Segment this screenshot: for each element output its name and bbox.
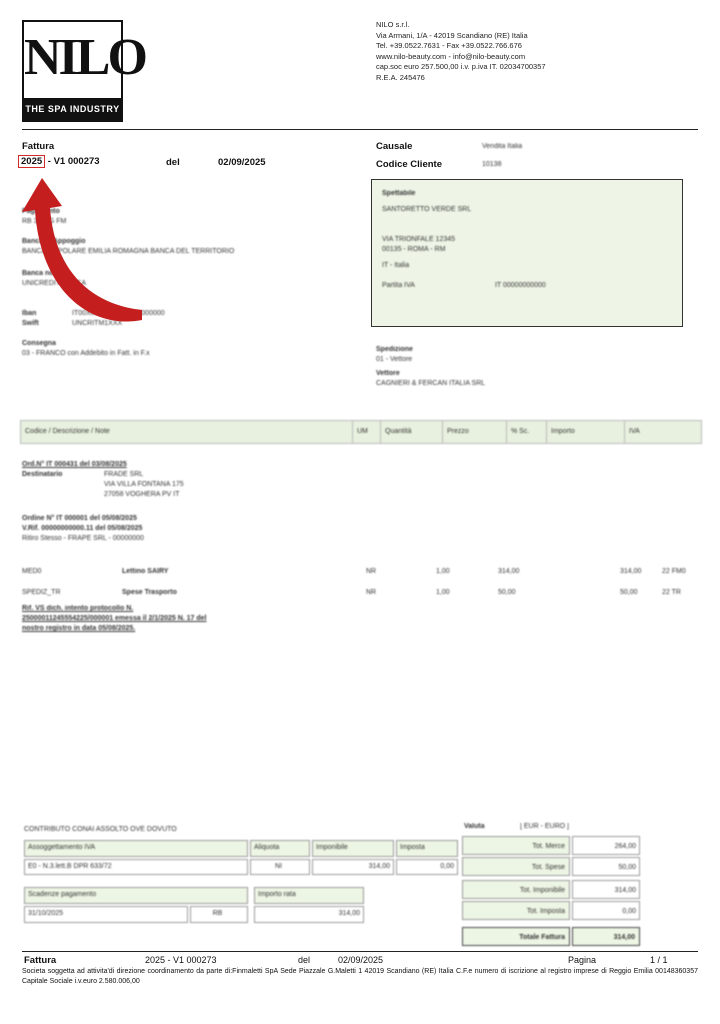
order2-line: Ritiro Stesso - FRAPE SRL - 00000000 (22, 534, 382, 544)
destinatario-address: FRADE SRL VIA VILLA FONTANA 175 27058 VO… (104, 470, 184, 500)
tot-imponibile-value: 314,00 (572, 880, 640, 899)
col-description: Codice / Descrizione / Note (21, 421, 353, 443)
vettore-label: Vettore (376, 369, 485, 379)
vat-header-imposta: Imposta (396, 840, 458, 857)
note-line: nostro registro in data 05/08/2025. (22, 624, 207, 634)
scadenze-header: Scadenze pagamento (24, 887, 248, 904)
causale-label: Causale (376, 141, 412, 152)
footer-divider (22, 951, 698, 952)
recipient-label: Spettabile (382, 189, 546, 199)
company-address: Via Armani, 1/A - 42019 Scandiano (RE) I… (376, 31, 546, 42)
invoice-number: 2025 - V1 000273 (18, 156, 100, 167)
vat-row-assoggettamento: E0 - N.3.lett.B DPR 633/72 (24, 859, 248, 875)
item-vat: 22 FM0 (662, 568, 686, 575)
codice-cliente-label: Codice Cliente (376, 159, 442, 170)
vat-row-imponibile: 314,00 (312, 859, 394, 875)
item-price: 50,00 (498, 589, 516, 596)
item-um: NR (366, 568, 376, 575)
item-um: NR (366, 589, 376, 596)
tot-merce-value: 264,00 (572, 836, 640, 855)
recipient-box: Spettabile SANTORETTO VERDE SRL VIA TRIO… (371, 179, 683, 327)
scadenza-type: RB (190, 906, 248, 923)
tot-imposta-value: 0,00 (572, 901, 640, 920)
order2-line: Ordine N° IT 000001 del 05/08/2025 (22, 514, 382, 524)
spedizione-label: Spedizione (376, 345, 485, 355)
scadenza-date: 31/10/2025 (24, 906, 188, 923)
consegna-label: Consegna (22, 339, 342, 349)
vat-header-imponibile: Imponibile (312, 840, 394, 857)
vat-header-aliquota: Aliquota (250, 840, 310, 857)
invoice-series-number: - V1 000273 (45, 156, 99, 167)
valuta-value: [ EUR - EURO ] (520, 823, 569, 830)
causale-value: Vendita Italia (482, 142, 522, 152)
item-price: 314,00 (498, 568, 519, 575)
totale-fattura-value: 314,00 (572, 927, 640, 946)
footer-number: 2025 - V1 000273 (145, 955, 217, 965)
invoice-type-label: Fattura (22, 141, 54, 152)
vettore-value: CAGNIERI & FERCAN ITALIA SRL (376, 379, 485, 389)
shipping-block: Spedizione 01 - Vettore Vettore CAGNIERI… (376, 345, 485, 389)
item-desc: Lettino SAIRY (122, 568, 168, 575)
col-amount: Importo (547, 421, 625, 443)
destinatario-line: VIA VILLA FONTANA 175 (104, 480, 184, 490)
contributo-label: CONTRIBUTO CONAI ASSOLTO OVE DOVUTO (24, 826, 177, 833)
arrow-icon (22, 178, 142, 322)
order2-line: V.Rif. 00000000000.11 del 05/08/2025 (22, 524, 382, 534)
col-um: UM (353, 421, 381, 443)
header-divider (22, 129, 698, 130)
footer-date-label: del (298, 955, 310, 965)
consegna-value: 03 - FRANCO con Addebito in Fatt. in F.x (22, 349, 342, 359)
col-discount: % Sc. (507, 421, 547, 443)
item-amount: 50,00 (620, 589, 638, 596)
company-phone: Tel. +39.0522.7631 - Fax +39.0522.766.67… (376, 41, 546, 52)
col-vat: IVA (625, 421, 701, 443)
importo-rata-header: Importo rata (254, 887, 364, 904)
note-line: Rif. VS dich. intento protocollo N. (22, 604, 207, 614)
item-amount: 314,00 (620, 568, 641, 575)
invoice-year-highlight: 2025 (18, 155, 45, 168)
footer-date: 02/09/2025 (338, 955, 383, 965)
curved-arrow-annotation (10, 170, 150, 340)
recipient-country: IT - Italia (382, 261, 546, 271)
tot-spese-label: Tot. Spese (462, 857, 570, 876)
company-info: NILO s.r.l. Via Armani, 1/A - 42019 Scan… (376, 20, 546, 83)
col-quantity: Quantità (381, 421, 443, 443)
item-code: MED0 (22, 568, 41, 575)
footer-page-label: Pagina (568, 955, 596, 965)
item-vat: 22 TR (662, 589, 681, 596)
footer-page-value: 1 / 1 (650, 955, 668, 965)
col-price: Prezzo (443, 421, 507, 443)
tot-spese-value: 50,00 (572, 857, 640, 876)
company-web: www.nilo-beauty.com - info@nilo-beauty.c… (376, 52, 546, 63)
recipient-street: VIA TRIONFALE 12345 (382, 235, 546, 245)
vat-row-aliquota: NI (250, 859, 310, 875)
logo-wordmark: NILO (24, 26, 121, 90)
invoice-date-label: del (166, 157, 180, 168)
note-line: 25000011245554225/000001 emessa il 2/1/2… (22, 614, 207, 624)
footer-legal-text: Societa soggetta ad attivita'di direzion… (22, 967, 698, 987)
destinatario-line: FRADE SRL (104, 470, 184, 480)
valuta-label: Valuta (464, 823, 485, 830)
recipient-city: 00135 - ROMA - RM (382, 245, 546, 255)
recipient-name: SANTORETTO VERDE SRL (382, 205, 546, 215)
invoice-date: 02/09/2025 (218, 157, 266, 168)
recipient-vat-value: IT 00000000000 (495, 281, 546, 291)
tot-merce-label: Tot. Merce (462, 836, 570, 855)
item-qty: 1,00 (436, 568, 450, 575)
intent-note: Rif. VS dich. intento protocollo N. 2500… (22, 604, 207, 634)
order-ref: Ord.N° IT 000431 del 03/08/2025 (22, 460, 382, 470)
company-capital: cap.soc euro 257.500,00 i.v. p.iva IT. 0… (376, 62, 546, 73)
vat-row-imposta: 0,00 (396, 859, 458, 875)
codice-cliente-value: 10138 (482, 160, 501, 170)
destinatario-line: 27058 VOGHERA PV IT (104, 490, 184, 500)
items-table-header: Codice / Descrizione / Note UM Quantità … (20, 420, 702, 444)
nilo-logo: NILO THE SPA INDUSTRY (22, 20, 123, 122)
totale-fattura-label: Totale Fattura (462, 927, 570, 946)
destinatario-label: Destinatario (22, 470, 104, 500)
item-desc: Spese Trasporto (122, 589, 177, 596)
item-qty: 1,00 (436, 589, 450, 596)
vat-header-assoggettamento: Assoggettamento IVA (24, 840, 248, 857)
recipient-vat-label: Partita IVA (382, 281, 415, 291)
recipient-content: Spettabile SANTORETTO VERDE SRL VIA TRIO… (382, 189, 546, 291)
spedizione-value: 01 - Vettore (376, 355, 485, 365)
logo-tagline: THE SPA INDUSTRY (24, 98, 121, 120)
tot-imposta-label: Tot. Imposta (462, 901, 570, 920)
scadenza-amount: 314,00 (254, 906, 364, 923)
order-reference-block: Ord.N° IT 000431 del 03/08/2025 Destinat… (22, 460, 382, 544)
company-name: NILO s.r.l. (376, 20, 546, 31)
footer-type-label: Fattura (24, 955, 56, 966)
item-code: SPEDIZ_TR (22, 589, 61, 596)
tot-imponibile-label: Tot. Imponibile (462, 880, 570, 899)
company-rea: R.E.A. 245476 (376, 73, 546, 84)
